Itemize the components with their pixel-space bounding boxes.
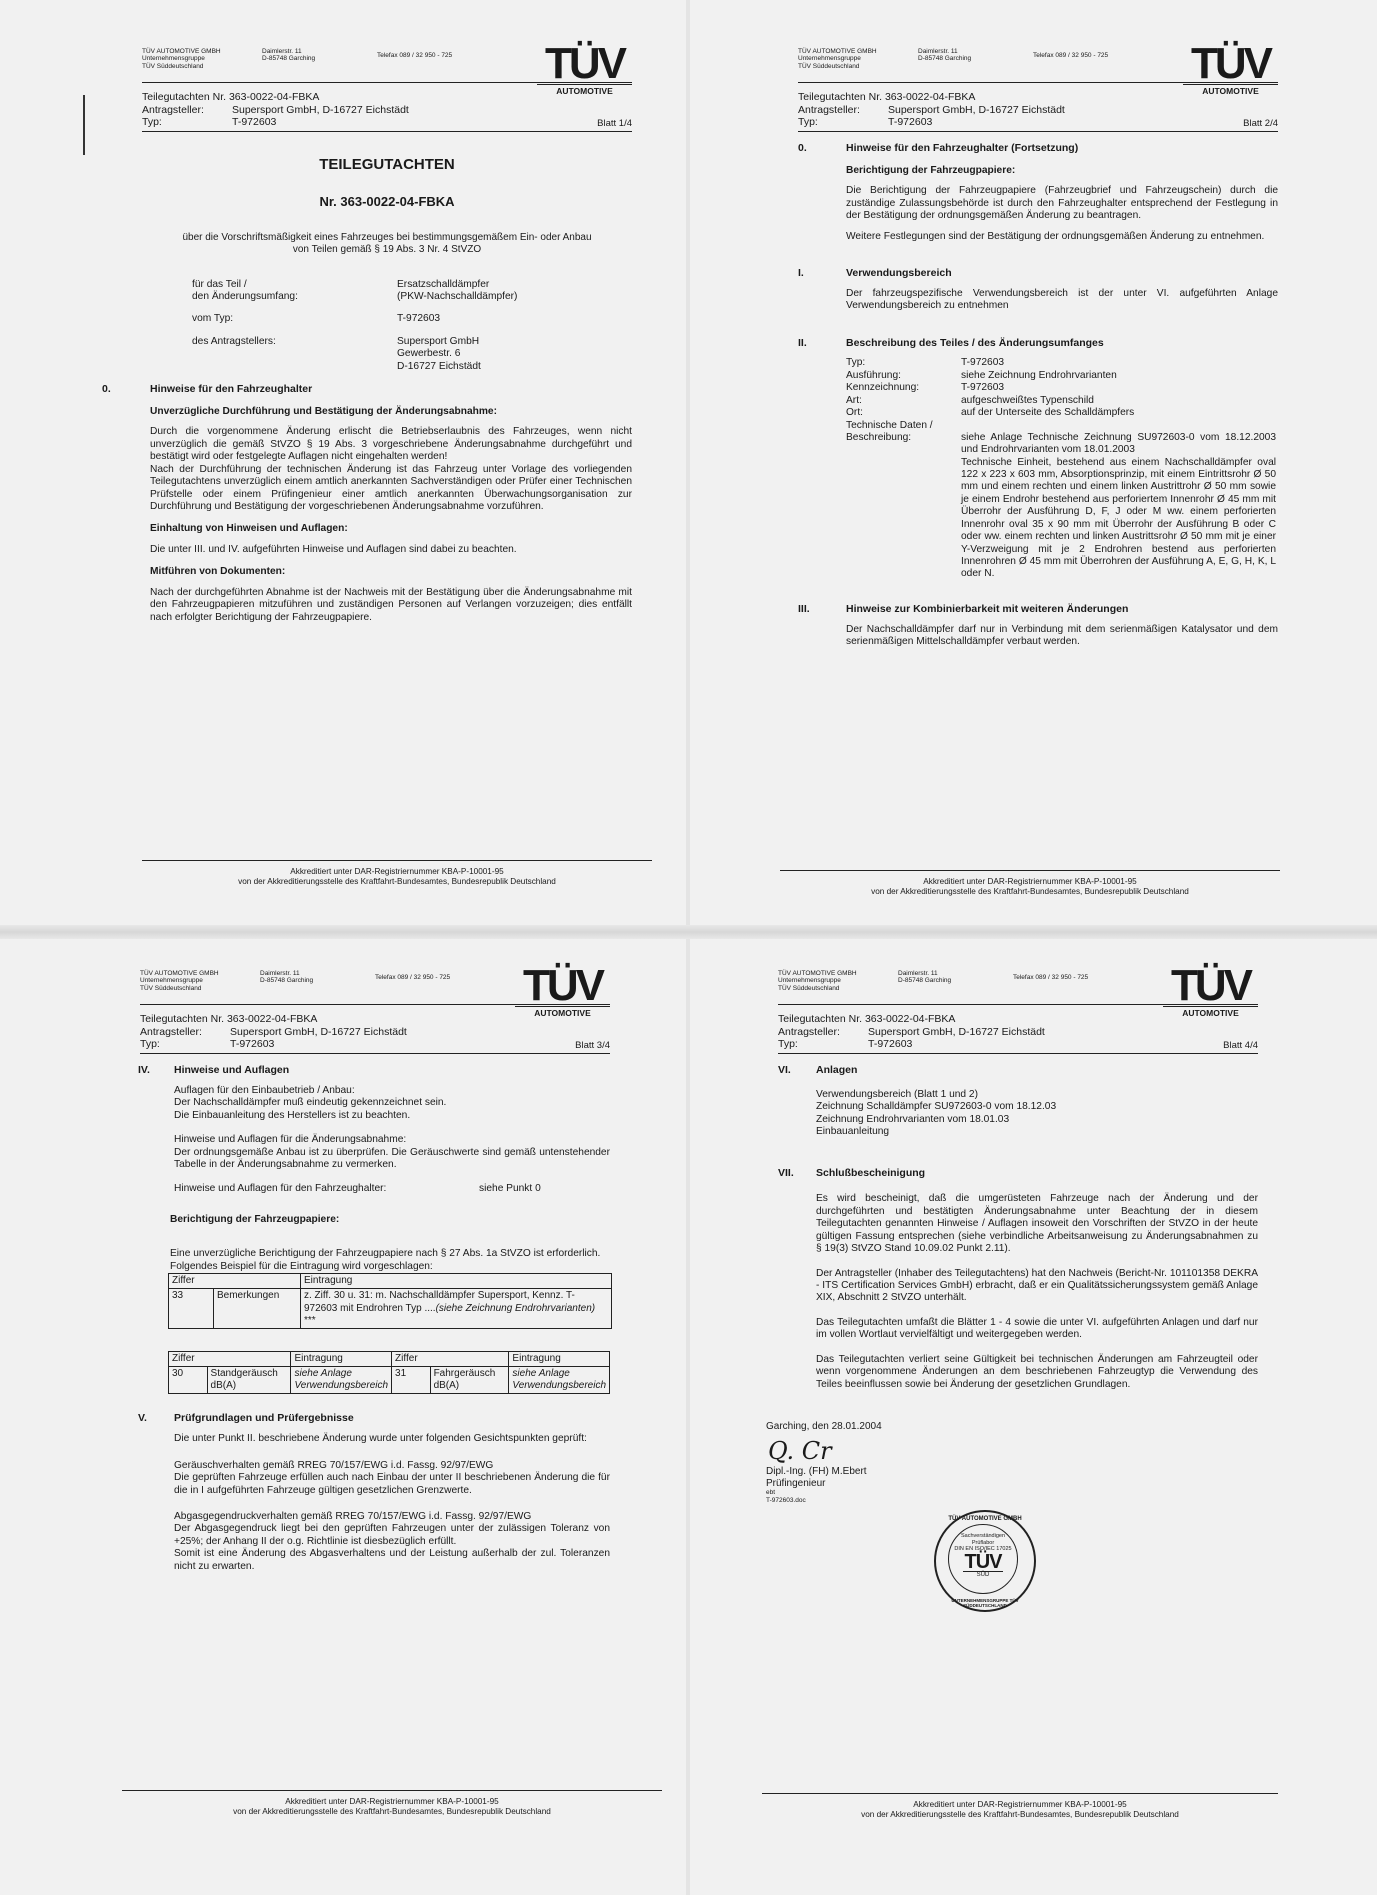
paper-fold-horizontal — [0, 925, 1377, 939]
paragraph: Weitere Festlegungen sind der Bestätigun… — [846, 231, 1278, 243]
paragraph: Abgasgegendruckverhalten gemäß RREG 70/1… — [174, 1511, 610, 1573]
paragraph: Eine unverzügliche Berichtigung der Fahr… — [170, 1248, 610, 1273]
page-footer: Akkreditiert unter DAR-Registriernummer … — [122, 1790, 662, 1818]
signature: Q. Cr — [768, 1437, 1258, 1466]
paragraph: Geräuschverhalten gemäß RREG 70/157/EWG … — [174, 1460, 610, 1497]
address-block: Daimlerstr. 11 D-85748 Garching — [262, 48, 315, 63]
tuv-logo: TÜV AUTOMOTIVE — [537, 44, 632, 96]
reference-block: Teilegutachten Nr. 363-0022-04-FBKA Antr… — [778, 1013, 1258, 1051]
detail-row: Kennzeichnung:T-972603 — [846, 382, 1278, 394]
detail-row: Typ:T-972603 — [846, 357, 1278, 369]
subheading: Unverzügliche Durchführung und Bestätigu… — [150, 406, 632, 418]
paragraph: Die unter III. und IV. aufgeführten Hinw… — [150, 544, 632, 556]
section-heading: III. Hinweise zur Kombinierbarkeit mit w… — [798, 603, 1278, 616]
tuv-logo: TÜV AUTOMOTIVE — [1183, 44, 1278, 96]
telefax: Telefax 089 / 32 950 - 725 — [1013, 974, 1088, 982]
entry-table-33: Ziffer Eintragung 33 Bemerkungen z. Ziff… — [168, 1273, 612, 1329]
meta-block: für das Teil /den Änderungsumfang: Ersat… — [192, 279, 632, 374]
paragraph: Nach der durchgeführten Abnahme ist der … — [150, 587, 632, 624]
page-number: Blatt 3/4 — [575, 1040, 610, 1052]
page-number: Blatt 1/4 — [597, 118, 632, 130]
divider — [142, 82, 632, 83]
reference-block: Teilegutachten Nr. 363-0022-04-FBKA Antr… — [142, 91, 632, 129]
details-list: Typ:T-972603 Ausführung:siehe Zeichnung … — [798, 357, 1278, 580]
paragraph: Durch die vorgenommene Änderung erlischt… — [150, 426, 632, 513]
punch-mark — [83, 95, 85, 155]
tuv-logo: TÜV AUTOMOTIVE — [1163, 966, 1258, 1018]
page-4: TÜV AUTOMOTIVE GMBH Unternehmensgruppe T… — [778, 962, 1258, 1504]
entry-table-noise: Ziffer Eintragung Ziffer Eintragung 30 S… — [168, 1351, 610, 1395]
page-footer: Akkreditiert unter DAR-Registriernummer … — [780, 870, 1280, 898]
page-header: TÜV AUTOMOTIVE GMBH Unternehmensgruppe T… — [142, 40, 632, 132]
subheading: Berichtigung der Fahrzeugpapiere: — [846, 165, 1278, 177]
paragraph: Das Teilegutachten verliert seine Gültig… — [816, 1354, 1258, 1391]
reference-block: Teilegutachten Nr. 363-0022-04-FBKA Antr… — [140, 1013, 610, 1051]
detail-row-technical: Technische Daten /Beschreibung: siehe An… — [846, 420, 1278, 581]
paragraph: Die Berichtigung der Fahrzeugpapiere (Fa… — [846, 185, 1278, 222]
paragraph: Hinweise und Auflagen für den Fahrzeugha… — [174, 1183, 610, 1195]
page-footer: Akkreditiert unter DAR-Registriernummer … — [142, 860, 652, 888]
attachments-list: Verwendungsbereich (Blatt 1 und 2) Zeich… — [816, 1089, 1258, 1139]
paper-fold-vertical — [686, 0, 690, 1895]
paragraph: Der fahrzeugspezifische Verwendungsberei… — [846, 288, 1278, 313]
signer-block: Dipl.-Ing. (FH) M.Ebert Prüfingenieur eb… — [766, 1466, 1258, 1504]
page-footer: Akkreditiert unter DAR-Registriernummer … — [762, 1793, 1278, 1821]
subheading: Berichtigung der Fahrzeugpapiere: — [170, 1214, 610, 1226]
detail-row: Art:aufgeschweißtes Typenschild — [846, 395, 1278, 407]
section-heading: 0. Hinweise für den Fahrzeughalter — [102, 383, 632, 396]
intro-text: über die Vorschriftsmäßigkeit eines Fahr… — [142, 232, 632, 256]
paragraph: Es wird bescheinigt, daß die umgerüstete… — [816, 1193, 1258, 1255]
page-number: Blatt 2/4 — [1243, 118, 1278, 130]
meta-row: des Antragstellers: Supersport GmbHGewer… — [192, 336, 632, 373]
document-number: Nr. 363-0022-04-FBKA — [142, 194, 632, 210]
divider — [142, 131, 632, 132]
section-heading: VII. Schlußbescheinigung — [778, 1167, 1258, 1180]
paragraph: Der Antragsteller (Inhaber des Teileguta… — [816, 1268, 1258, 1305]
meta-row: vom Typ: T-972603 — [192, 313, 632, 325]
page-header: TÜV AUTOMOTIVE GMBH Unternehmensgruppe T… — [798, 40, 1278, 132]
paragraph: Auflagen für den Einbaubetrieb / Anbau: … — [174, 1085, 610, 1122]
page-header: TÜV AUTOMOTIVE GMBH Unternehmensgruppe T… — [778, 962, 1258, 1054]
page-number: Blatt 4/4 — [1223, 1040, 1258, 1052]
official-stamp: TÜV AUTOMOTIVE GMBH Sachverständigen Prü… — [934, 1510, 1036, 1612]
detail-row: Ort:auf der Unterseite des Schalldämpfer… — [846, 407, 1278, 419]
page-1: TÜV AUTOMOTIVE GMBH Unternehmensgruppe T… — [142, 40, 632, 624]
page-header: TÜV AUTOMOTIVE GMBH Unternehmensgruppe T… — [140, 962, 610, 1054]
section-heading: I. Verwendungsbereich — [798, 267, 1278, 280]
document-title: TEILEGUTACHTEN — [142, 156, 632, 174]
subheading: Einhaltung von Hinweisen und Auflagen: — [150, 523, 632, 535]
meta-row: für das Teil /den Änderungsumfang: Ersat… — [192, 279, 632, 304]
subheading: Mitführen von Dokumenten: — [150, 566, 632, 578]
paragraph: Das Teilegutachten umfaßt die Blätter 1 … — [816, 1317, 1258, 1342]
section-heading: VI. Anlagen — [778, 1064, 1258, 1077]
page-2: TÜV AUTOMOTIVE GMBH Unternehmensgruppe T… — [798, 40, 1278, 649]
detail-row: Ausführung:siehe Zeichnung Endrohrvarian… — [846, 370, 1278, 382]
telefax: Telefax 089 / 32 950 - 725 — [377, 52, 452, 60]
telefax: Telefax 089 / 32 950 - 725 — [375, 974, 450, 982]
paragraph: Die unter Punkt II. beschriebene Änderun… — [174, 1433, 610, 1445]
paragraph: Hinweise und Auflagen für die Änderungsa… — [174, 1134, 610, 1171]
tuv-logo: TÜV AUTOMOTIVE — [515, 966, 610, 1018]
place-date: Garching, den 28.01.2004 — [766, 1421, 1258, 1433]
section-heading: II. Beschreibung des Teiles / des Änderu… — [798, 337, 1278, 350]
company-block: TÜV AUTOMOTIVE GMBH Unternehmensgruppe T… — [142, 48, 262, 70]
section-heading: V. Prüfgrundlagen und Prüfergebnisse — [138, 1412, 610, 1425]
telefax: Telefax 089 / 32 950 - 725 — [1033, 52, 1108, 60]
paragraph: Der Nachschalldämpfer darf nur in Verbin… — [846, 624, 1278, 649]
section-heading: 0. Hinweise für den Fahrzeughalter (Fort… — [798, 142, 1278, 155]
reference-block: Teilegutachten Nr. 363-0022-04-FBKA Antr… — [798, 91, 1278, 129]
section-heading: IV. Hinweise und Auflagen — [138, 1064, 610, 1077]
page-3: TÜV AUTOMOTIVE GMBH Unternehmensgruppe T… — [140, 962, 610, 1573]
